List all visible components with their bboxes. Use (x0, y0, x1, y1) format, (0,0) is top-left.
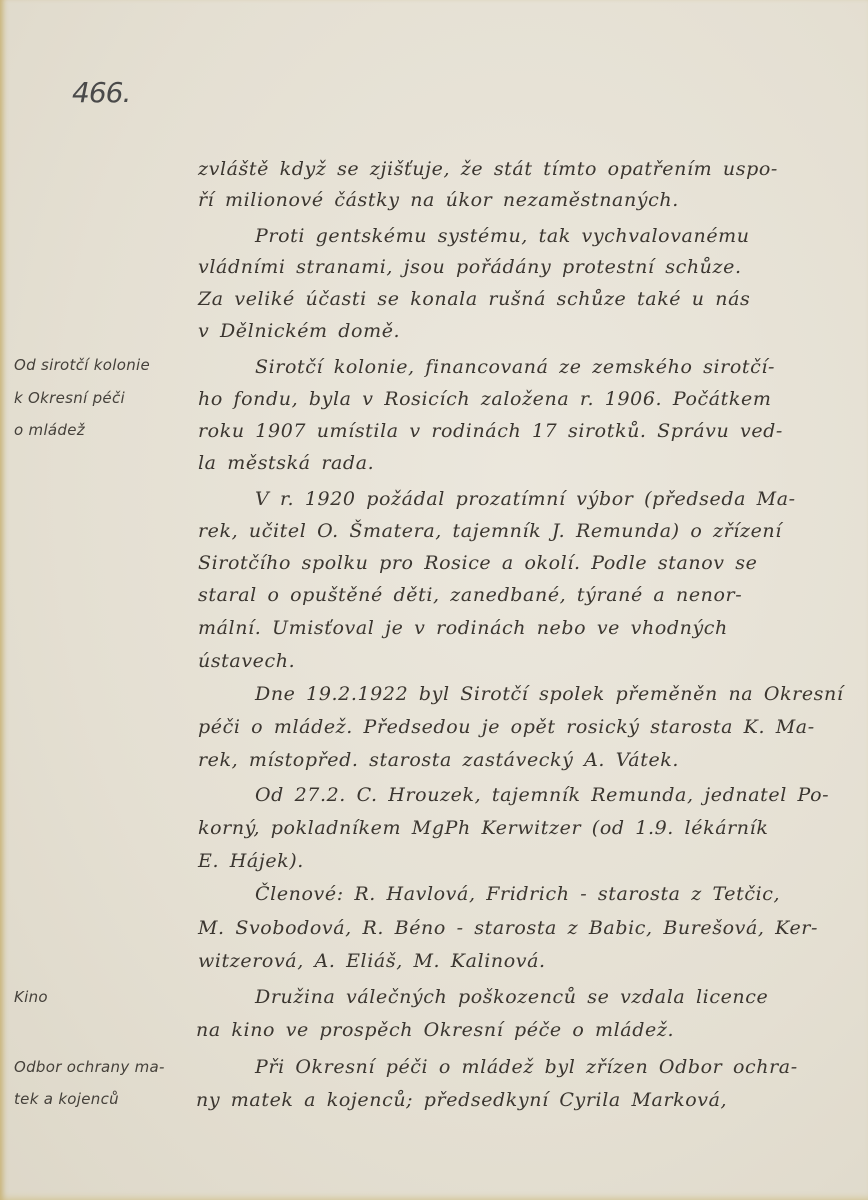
body-line: Od 27.2. C. Hrouzek, tajemník Remunda, j… (255, 784, 829, 806)
body-line: Členové: R. Havlová, Fridrich - starosta… (255, 883, 780, 905)
body-line: la městská rada. (198, 452, 374, 474)
body-line: V r. 1920 požádal prozatímní výbor (před… (255, 488, 796, 510)
margin-note-orphan-colony-line-2: k Okresní péči (14, 389, 125, 407)
body-line: ny matek a kojenců; předsedkyní Cyrila M… (196, 1089, 727, 1111)
body-line: na kino ve prospěch Okresní péče o mláde… (196, 1019, 674, 1041)
body-line: witzerová, A. Eliáš, M. Kalinová. (198, 950, 546, 972)
body-line: ho fondu, byla v Rosicích založena r. 19… (198, 388, 771, 410)
margin-note-mothers-infants-line-1: Odbor ochrany ma- (14, 1058, 165, 1076)
margin-note-mothers-infants-line-2: tek a kojenců (14, 1090, 119, 1108)
body-line: Za veliké účasti se konala rušná schůze … (198, 288, 750, 310)
margin-note-orphan-colony-line-3: o mládež (14, 421, 85, 439)
body-line: E. Hájek). (198, 850, 304, 872)
body-line: Sirotčího spolku pro Rosice a okolí. Pod… (198, 552, 757, 574)
body-line: zvláště když se zjišťuje, že stát tímto … (198, 158, 778, 180)
body-line: roku 1907 umístila v rodinách 17 sirotků… (198, 420, 783, 442)
body-line: Při Okresní péči o mládež byl zřízen Odb… (255, 1056, 798, 1078)
body-line: Proti gentskému systému, tak vychvalovan… (255, 225, 750, 247)
body-line: rek, místopřed. starosta zastávecký A. V… (198, 749, 679, 771)
body-line: Družina válečných poškozenců se vzdala l… (255, 986, 768, 1008)
body-line: Sirotčí kolonie, financovaná ze zemského… (255, 356, 775, 378)
body-line: Dne 19.2.1922 byl Sirotčí spolek přeměně… (255, 683, 844, 705)
body-line: ří milionové částky na úkor nezaměstnaný… (198, 189, 679, 211)
body-line: korný, pokladníkem MgPh Kerwitzer (od 1.… (198, 817, 768, 839)
page-number: 466. (72, 76, 130, 109)
body-line: staral o opuštěné děti, zanedbané, týran… (198, 584, 742, 606)
body-line: ústavech. (198, 650, 295, 672)
body-line: péči o mládež. Předsedou je opět rosický… (198, 716, 815, 738)
body-line: mální. Umisťoval je v rodinách nebo ve v… (198, 617, 728, 639)
margin-note-orphan-colony-line-1: Od sirotčí kolonie (14, 356, 150, 374)
body-line: v Dělnickém domě. (198, 320, 400, 342)
body-line: rek, učitel O. Šmatera, tajemník J. Remu… (198, 520, 782, 542)
manuscript-page: 466. Od sirotčí kolonie k Okresní péči o… (0, 0, 868, 1200)
body-line: vládními stranami, jsou pořádány protest… (198, 256, 742, 278)
margin-note-cinema: Kino (14, 988, 48, 1006)
body-line: M. Svobodová, R. Béno - starosta z Babic… (198, 917, 818, 939)
